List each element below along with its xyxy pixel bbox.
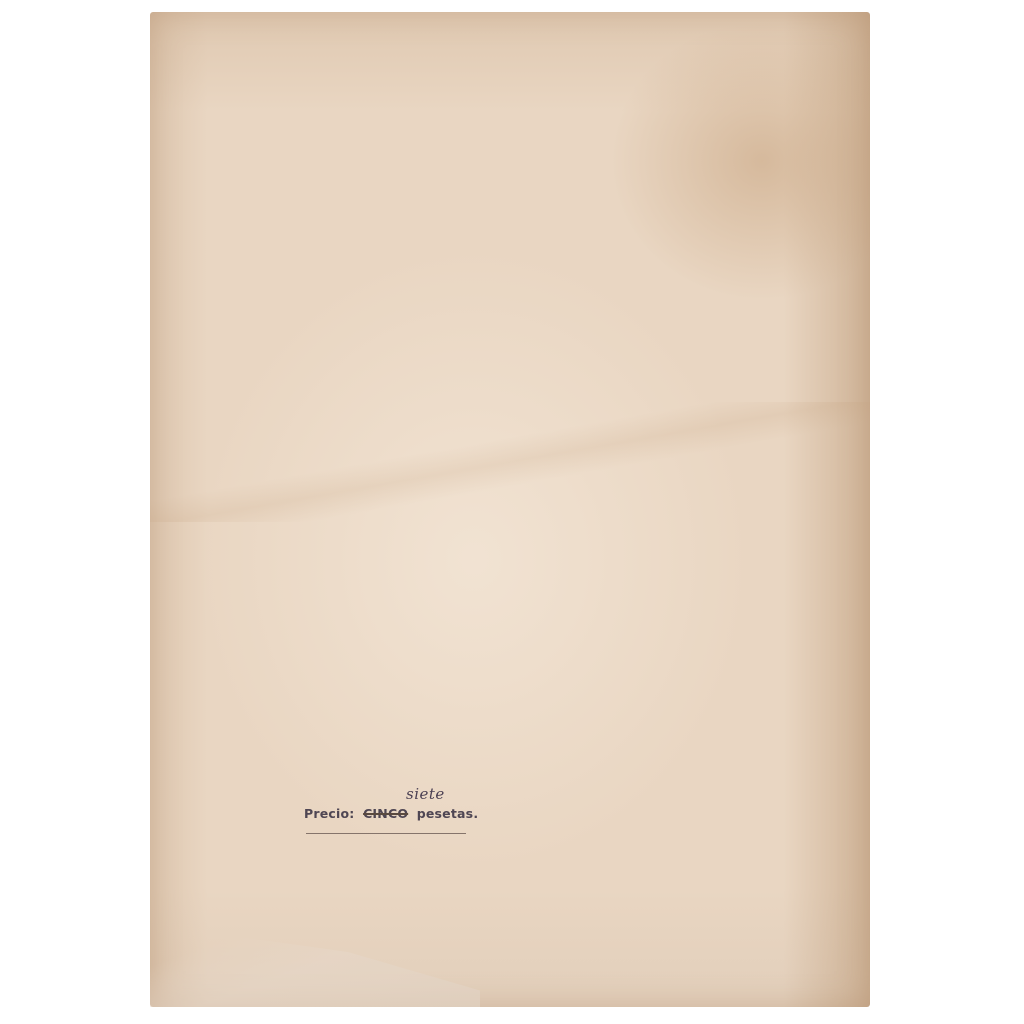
water-stain [150,402,870,522]
underline-rule [306,833,466,834]
book-back-cover: siete Precio: CINCO pesetas. [150,12,870,1007]
handwritten-price-correction: siete [406,785,445,803]
price-unit: pesetas. [417,806,479,821]
torn-corner [150,897,480,1007]
struck-price-amount: CINCO [363,806,408,821]
price-label: Precio: [304,806,355,821]
price-line: Precio: CINCO pesetas. [304,806,482,821]
